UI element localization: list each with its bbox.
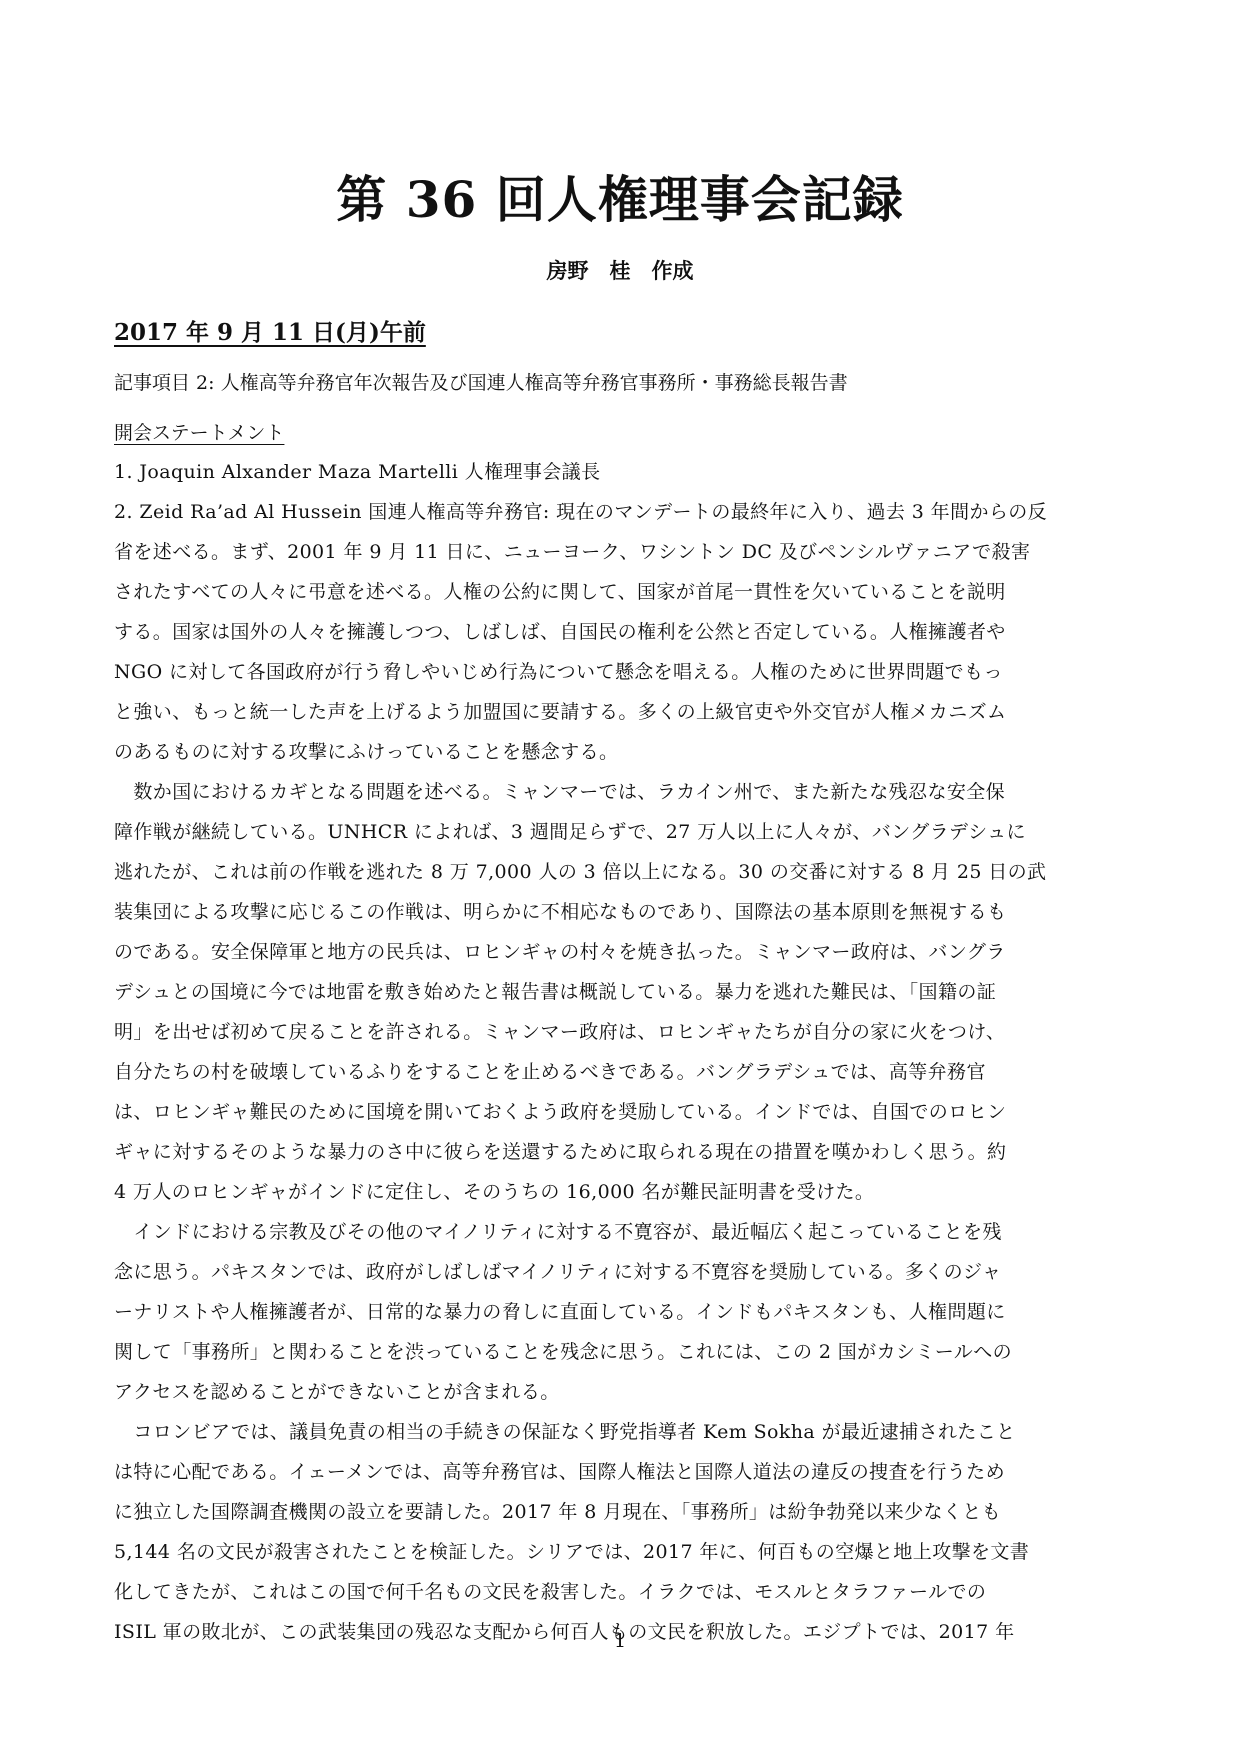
text-line: コロンビアでは、議員免責の相当の手続きの保証なく野党指導者 Kem Sokha … — [114, 1412, 1124, 1452]
page-number: 1 — [0, 1630, 1240, 1652]
text-line: 数か国におけるカギとなる問題を述べる。ミャンマーでは、ラカイン州で、また新たな残… — [114, 772, 1124, 812]
text-line: 4 万人のロヒンギャがインドに定住し、そのうちの 16,000 名が難民証明書を… — [114, 1172, 1124, 1212]
text-line: NGO に対して各国政府が行う脅しやいじめ行為について懸念を唱える。人権のために… — [114, 652, 1124, 692]
text-line: 念に思う。パキスタンでは、政府がしばしばマイノリティに対する不寛容を奨励している… — [114, 1252, 1124, 1292]
text-line: アクセスを認めることができないことが含まれる。 — [114, 1372, 1124, 1412]
text-line: 1. Joaquin Alxander Maza Martelli 人権理事会議… — [114, 452, 1124, 492]
text-line: 障作戦が継続している。UNHCR によれば、3 週間足らずで、27 万人以上に人… — [114, 812, 1124, 852]
text-line: 省を述べる。まず、2001 年 9 月 11 日に、ニューヨーク、ワシントン D… — [114, 532, 1124, 572]
agenda-item: 記事項目 2: 人権高等弁務官年次報告及び国連人権高等弁務官事務所・事務総長報告… — [114, 368, 848, 395]
text-line: 5,144 名の文民が殺害されたことを検証した。シリアでは、2017 年に、何百… — [114, 1532, 1124, 1572]
text-line: 化してきたが、これはこの国で何千名もの文民を殺害した。イラクでは、モスルとタラフ… — [114, 1572, 1124, 1612]
text-line: は特に心配である。イェーメンでは、高等弁務官は、国際人権法と国際人道法の違反の捜… — [114, 1452, 1124, 1492]
author-line: 房野 桂 作成 — [0, 255, 1240, 285]
text-line: 逃れたが、これは前の作戦を逃れた 8 万 7,000 人の 3 倍以上になる。3… — [114, 852, 1124, 892]
text-line: 自分たちの村を破壊しているふりをすることを止めるべきである。バングラデシュでは、… — [114, 1052, 1124, 1092]
text-line: ーナリストや人権擁護者が、日常的な暴力の脅しに直面している。インドもパキスタンも… — [114, 1292, 1124, 1332]
text-line: のである。安全保障軍と地方の民兵は、ロヒンギャの村々を焼き払った。ミャンマー政府… — [114, 932, 1124, 972]
text-line: 2. Zeid Ra’ad Al Hussein 国連人権高等弁務官: 現在のマ… — [114, 492, 1124, 532]
text-line: 装集団による攻撃に応じるこの作戦は、明らかに不相応なものであり、国際法の基本原則… — [114, 892, 1124, 932]
text-line: と強い、もっと統一した声を上げるよう加盟国に要請する。多くの上級官吏や外交官が人… — [114, 692, 1124, 732]
document-title: 第 36 回人権理事会記録 — [0, 160, 1240, 232]
text-line: 明」を出せば初めて戻ることを許される。ミャンマー政府は、ロヒンギャたちが自分の家… — [114, 1012, 1124, 1052]
body-text: 1. Joaquin Alxander Maza Martelli 人権理事会議… — [114, 452, 1124, 1652]
text-line: されたすべての人々に弔意を述べる。人権の公約に関して、国家が首尾一貫性を欠いてい… — [114, 572, 1124, 612]
section-heading: 開会ステートメント — [114, 418, 284, 445]
text-line: ギャに対するそのような暴力のさ中に彼らを送還するために取られる現在の措置を嘆かわ… — [114, 1132, 1124, 1172]
text-line: する。国家は国外の人々を擁護しつつ、しばしば、自国民の権利を公然と否定している。… — [114, 612, 1124, 652]
text-line: デシュとの国境に今では地雷を敷き始めたと報告書は概説している。暴力を逃れた難民は… — [114, 972, 1124, 1012]
text-line: インドにおける宗教及びその他のマイノリティに対する不寛容が、最近幅広く起こってい… — [114, 1212, 1124, 1252]
text-line: 関して「事務所」と関わることを渋っていることを残念に思う。これには、この 2 国… — [114, 1332, 1124, 1372]
text-line: は、ロヒンギャ難民のために国境を開いておくよう政府を奨励している。インドでは、自… — [114, 1092, 1124, 1132]
date-heading: 2017 年 9 月 11 日(月)午前 — [114, 314, 426, 347]
text-line: に独立した国際調査機関の設立を要請した。2017 年 8 月現在、「事務所」は紛… — [114, 1492, 1124, 1532]
text-line: のあるものに対する攻撃にふけっていることを懸念する。 — [114, 732, 1124, 772]
